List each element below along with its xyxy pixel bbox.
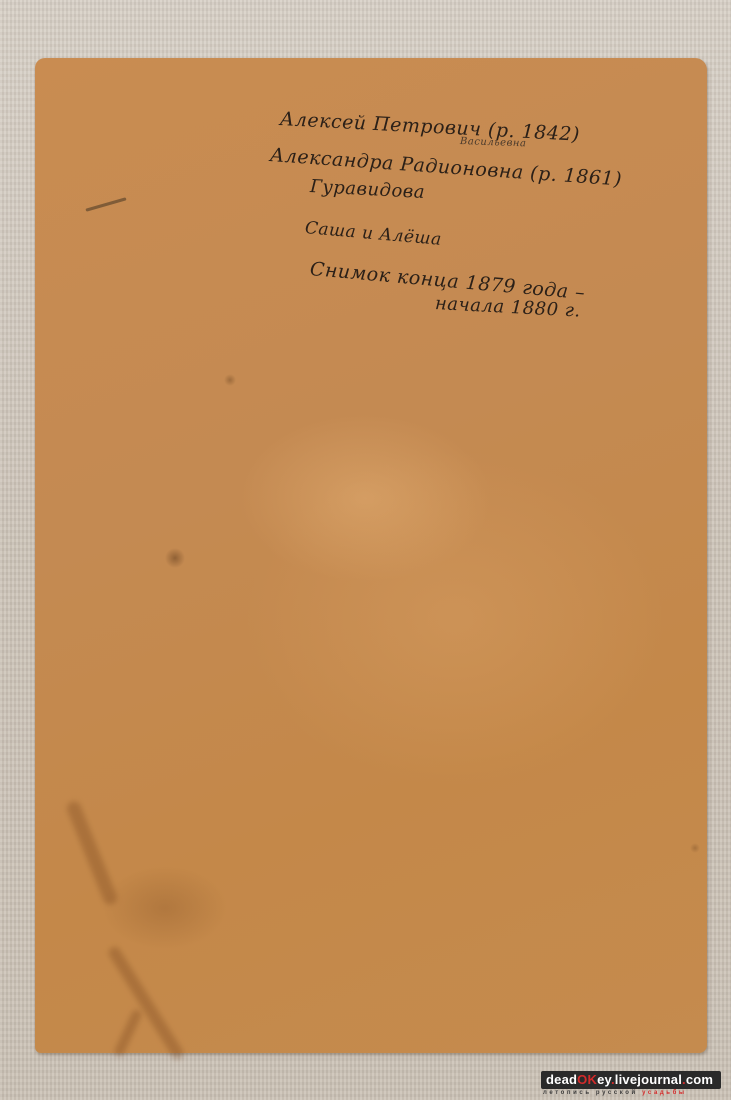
- watermark-site: deadOKey.livejournal.com: [541, 1071, 721, 1089]
- inscription-line-4: Саша и Алёша: [304, 218, 442, 250]
- watermark-subtitle: летопись русской усадьбы: [541, 1090, 721, 1096]
- pencil-mark: [85, 197, 126, 211]
- inscription-note: Васильевна: [460, 136, 527, 149]
- water-stain: [113, 1008, 143, 1058]
- inscription-line-1: Алексей Петрович (р. 1842): [279, 108, 580, 146]
- photo-card-back: Алексей Петрович (р. 1842) Васильевна Ал…: [35, 58, 707, 1053]
- inscription-line-3: Гуравидова: [309, 176, 425, 203]
- watermark: deadOKey.livejournal.com летопись русско…: [541, 1071, 721, 1096]
- water-stain: [65, 799, 119, 906]
